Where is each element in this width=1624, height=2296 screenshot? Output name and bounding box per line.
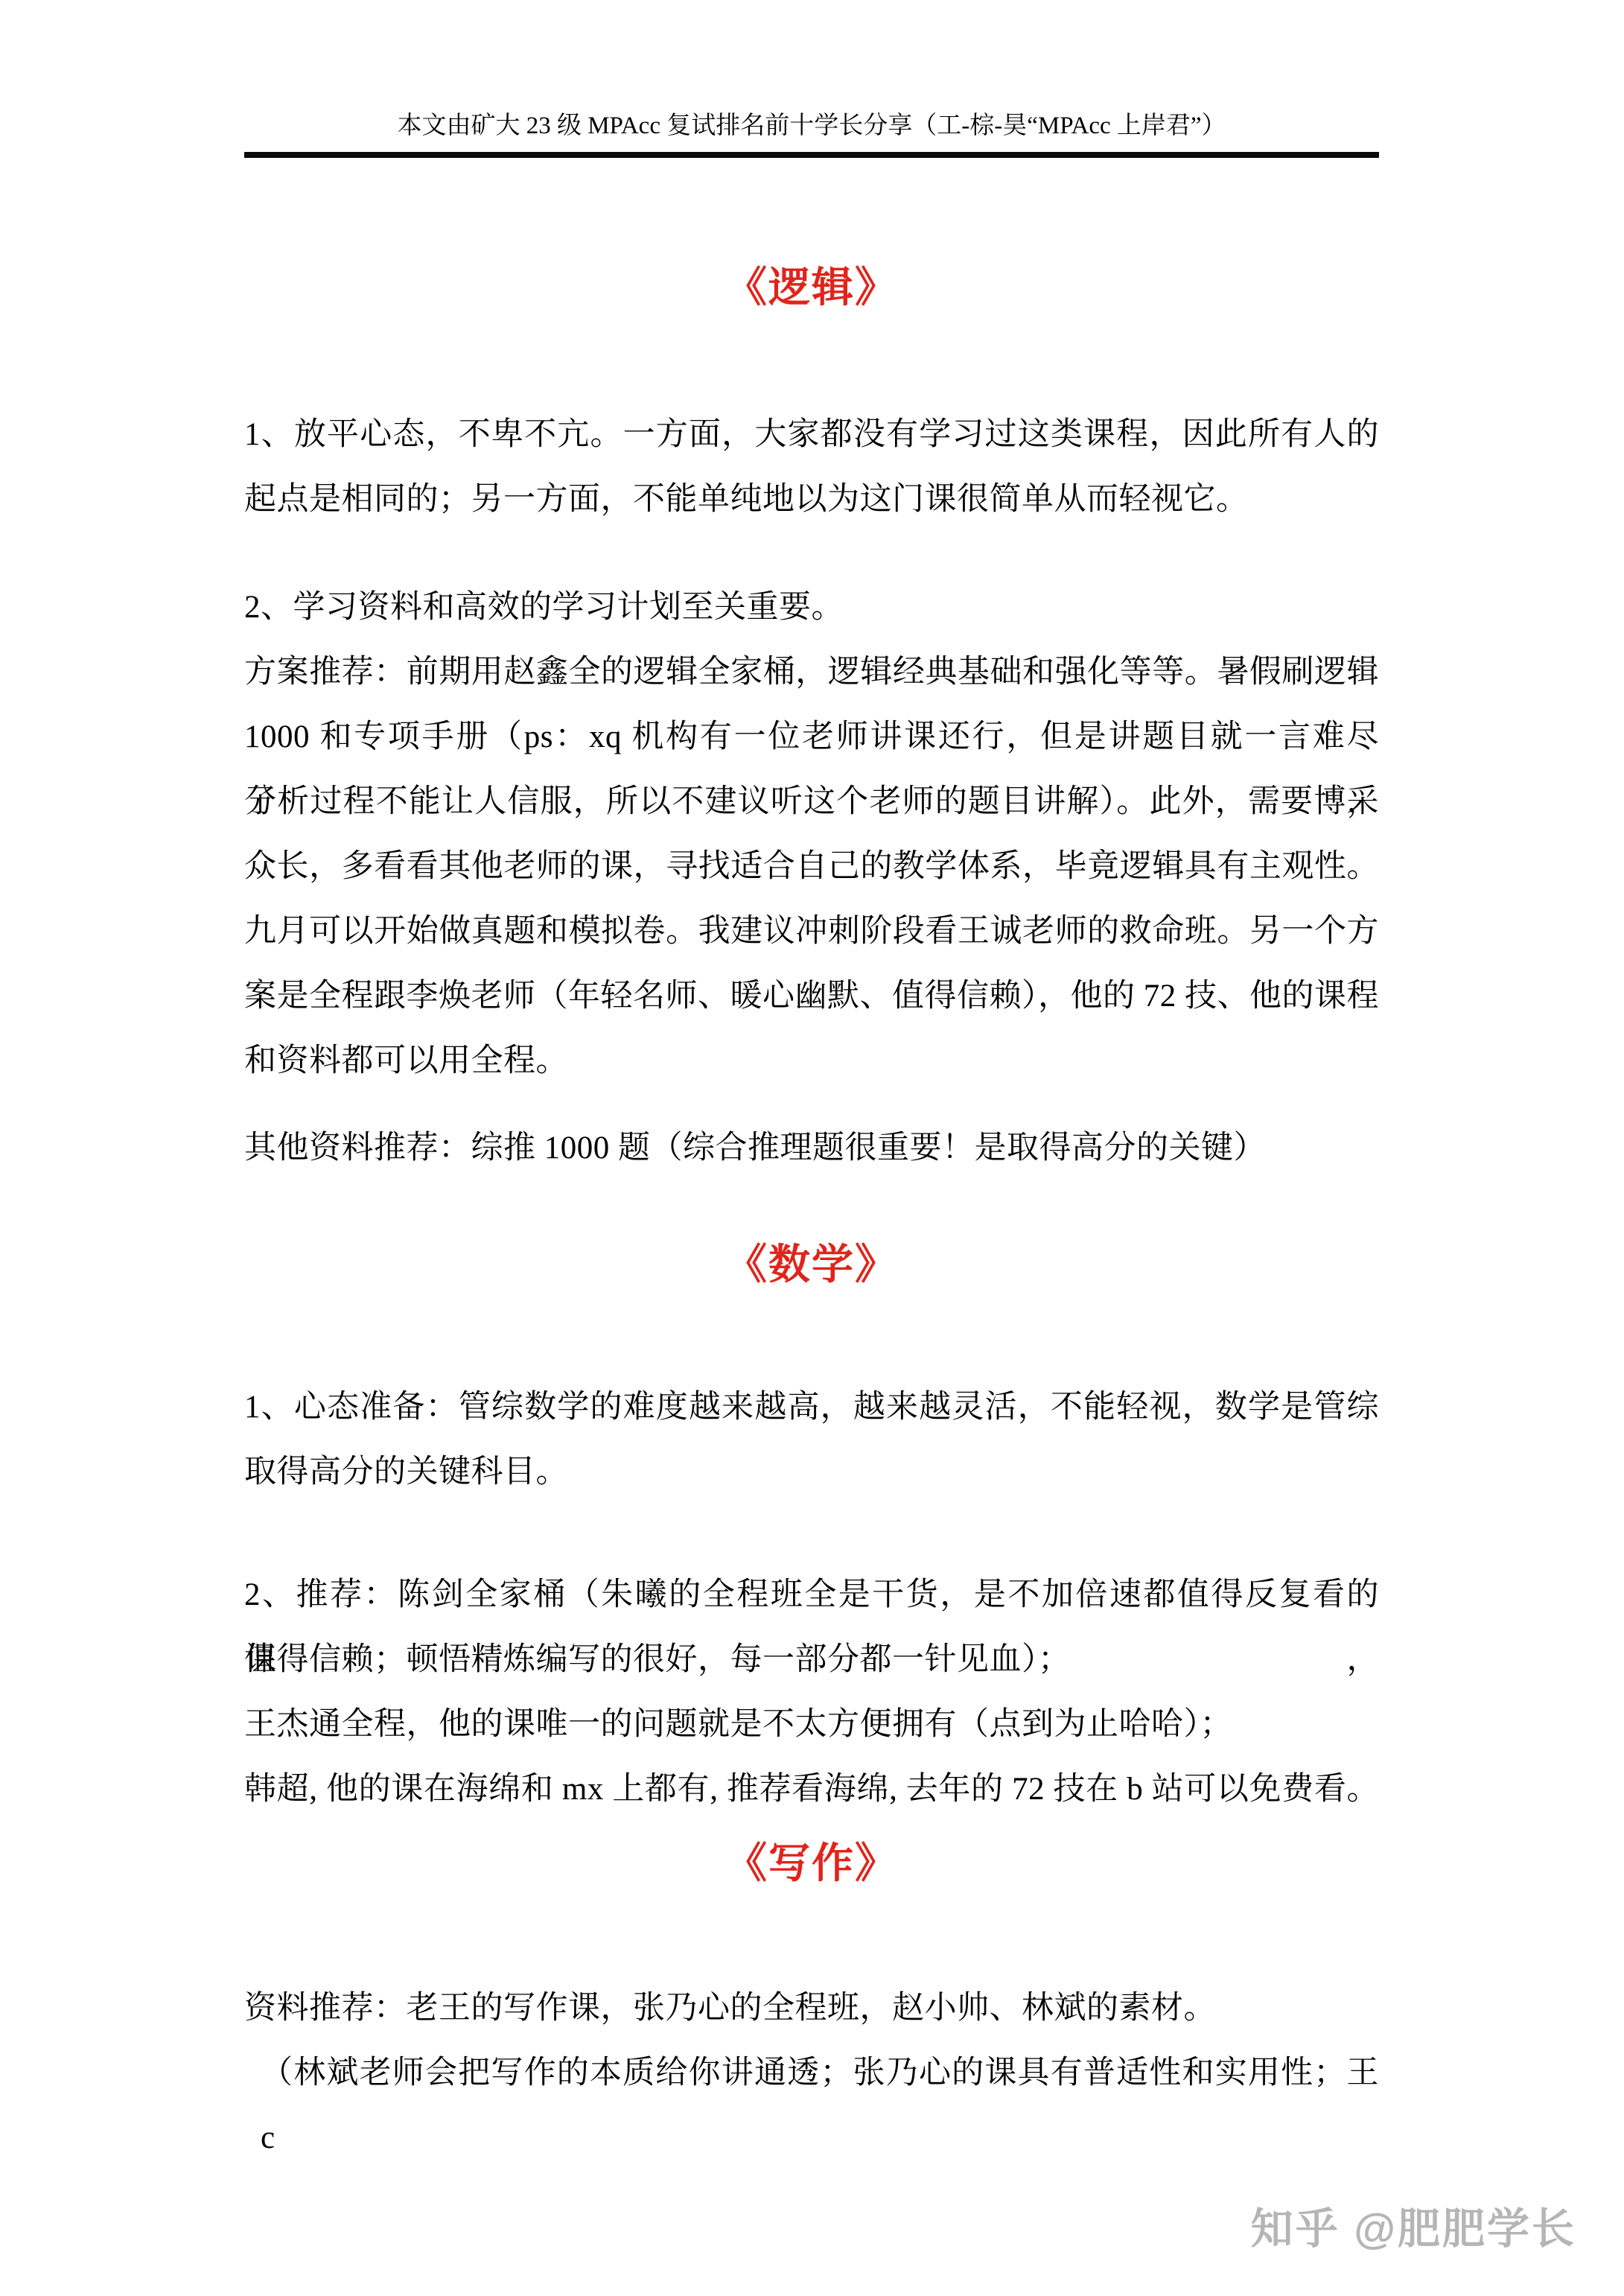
section-title-logic: 《逻辑》 (244, 261, 1379, 314)
text-line: 2、学习资料和高效的学习计划至关重要。 (244, 575, 1379, 640)
text-line: 众长，多看看其他老师的课，寻找适合自己的教学体系，毕竟逻辑具有主观性。 (244, 834, 1379, 899)
section-title-math: 《数学》 (244, 1238, 1379, 1291)
text-line: 1、放平心态，不卑不亢。一方面，大家都没有学习过这类课程，因此所有人的 (244, 402, 1379, 467)
paragraph: 1、放平心态，不卑不亢。一方面，大家都没有学习过这类课程，因此所有人的 起点是相… (244, 402, 1379, 532)
document-page: 本文由矿大 23 级 MPAcc 复试排名前十学长分享（工-棕-昊“MPAcc … (244, 0, 1379, 2105)
text-line: 其他资料推荐：综推 1000 题（综合推理题很重要！是取得高分的关键） (244, 1116, 1379, 1180)
text-line: 取得高分的关键科目。 (244, 1440, 1379, 1504)
text-line: （林斌老师会把写作的本质给你讲通透；张乃心的课具有普适性和实用性；王 c (244, 2041, 1379, 2105)
section-title-writing: 《写作》 (244, 1837, 1379, 1890)
text-line: 1000 和专项手册（ps：xq 机构有一位老师讲课还行，但是讲题目就一言难尽了… (244, 705, 1379, 769)
text-line: 王杰通全程，他的课唯一的问题就是不太方便拥有（点到为止哈哈）； (244, 1692, 1379, 1757)
text-line: 案是全程跟李焕老师（年轻名师、暖心幽默、值得信赖），他的 72 技、他的课程 (244, 964, 1379, 1028)
text-line: 韩超, 他的课在海绵和 mx 上都有, 推荐看海绵, 去年的 72 技在 b 站… (244, 1757, 1379, 1822)
paragraph: 2、推荐：陈剑全家桶（朱曦的全程班全是干货，是不加倍速都值得反复看的课， 值得信… (244, 1562, 1379, 1822)
text-line: 资料推荐：老王的写作课，张乃心的全程班，赵小帅、林斌的素材。 (244, 1976, 1379, 2041)
text-line: 九月可以开始做真题和模拟卷。我建议冲刺阶段看王诚老师的救命班。另一个方 (244, 899, 1379, 964)
page-header-text: 本文由矿大 23 级 MPAcc 复试排名前十学长分享（工-棕-昊“MPAcc … (244, 0, 1379, 143)
text-line: 分析过程不能让人信服，所以不建议听这个老师的题目讲解）。此外，需要博采 (244, 769, 1379, 834)
text-line: 方案推荐：前期用赵鑫全的逻辑全家桶，逻辑经典基础和强化等等。暑假刷逻辑 (244, 640, 1379, 705)
text-line: 和资料都可以用全程。 (244, 1028, 1379, 1093)
paragraph: 资料推荐：老王的写作课，张乃心的全程班，赵小帅、林斌的素材。 （林斌老师会把写作… (244, 1976, 1379, 2105)
text-line: 1、心态准备：管综数学的难度越来越高，越来越灵活，不能轻视，数学是管综 (244, 1375, 1379, 1440)
zhihu-watermark: 知乎 @肥肥学长 (1251, 2203, 1576, 2255)
paragraph: 其他资料推荐：综推 1000 题（综合推理题很重要！是取得高分的关键） (244, 1116, 1379, 1180)
text-line: 起点是相同的；另一方面，不能单纯地以为这门课很简单从而轻视它。 (244, 467, 1379, 532)
paragraph: 1、心态准备：管综数学的难度越来越高，越来越灵活，不能轻视，数学是管综 取得高分… (244, 1375, 1379, 1504)
paragraph: 2、学习资料和高效的学习计划至关重要。 方案推荐：前期用赵鑫全的逻辑全家桶，逻辑… (244, 575, 1379, 1093)
header-divider (244, 152, 1379, 158)
text-line: 2、推荐：陈剑全家桶（朱曦的全程班全是干货，是不加倍速都值得反复看的课， (244, 1562, 1379, 1627)
